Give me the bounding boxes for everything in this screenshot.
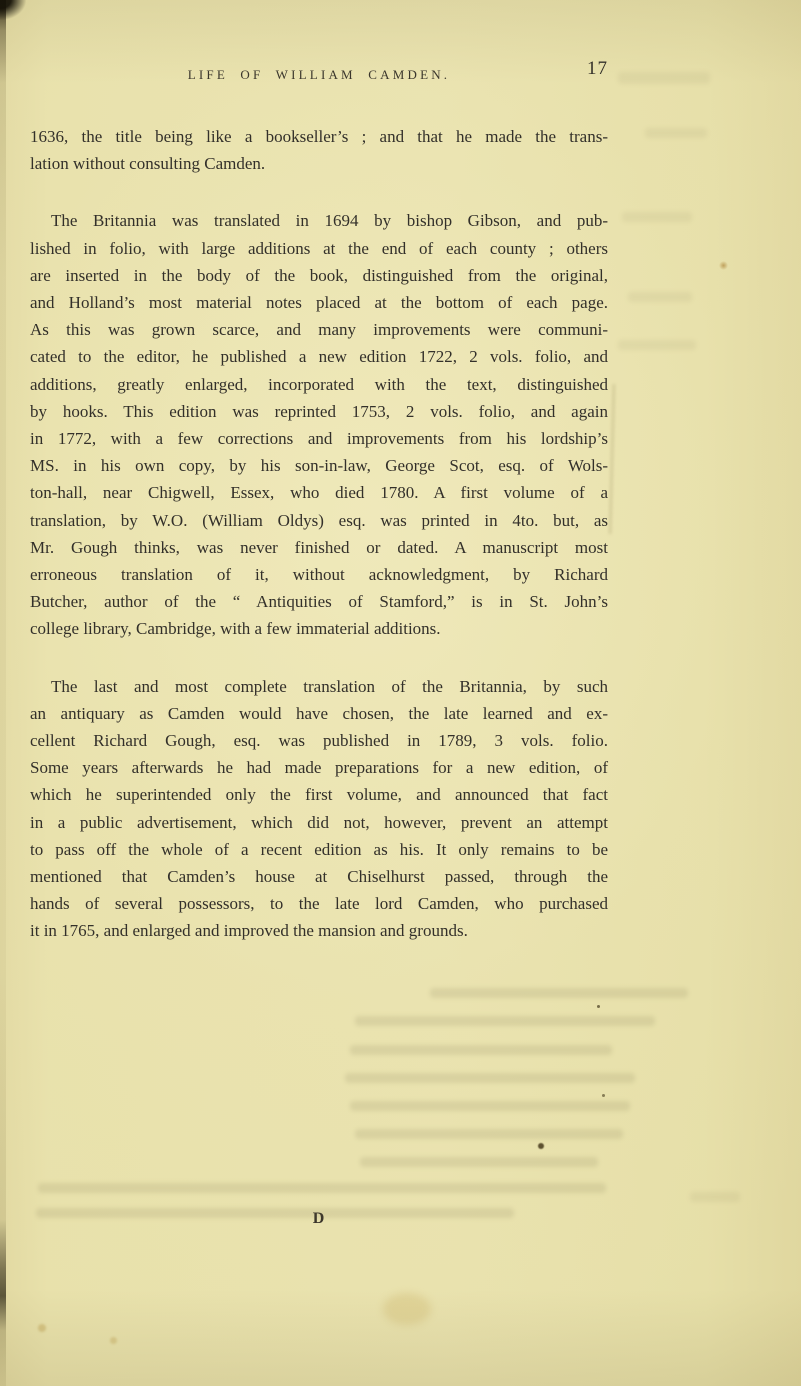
show-through-mark: [622, 212, 692, 222]
text-line: 1636, the title being like a bookseller’…: [30, 123, 608, 150]
text-line: in 1772, with a few corrections and impr…: [30, 425, 608, 452]
page-edge-shadow: [0, 0, 6, 1386]
text-line: As this was grown scarce, and many impro…: [30, 316, 608, 343]
show-through-mark: [38, 1183, 606, 1193]
text-line: The Britannia was translated in 1694 by …: [30, 207, 608, 234]
text-line: it in 1765, and enlarged and improved th…: [30, 917, 608, 944]
show-through-mark: [618, 340, 696, 350]
fox-spot: [719, 261, 728, 270]
show-through-mark: [355, 1129, 623, 1139]
text-line: cated to the editor, he published a new …: [30, 343, 608, 370]
show-through-mark: [345, 1073, 635, 1083]
show-through-mark: [360, 1157, 598, 1167]
paragraph: The last and most complete translation o…: [30, 673, 608, 945]
text-line: translation, by W.O. (William Oldys) esq…: [30, 507, 608, 534]
text-line: lation without consulting Camden.: [30, 150, 608, 177]
text-line: lished in folio, with large additions at…: [30, 235, 608, 262]
show-through-mark: [430, 988, 688, 998]
text-line: are inserted in the body of the book, di…: [30, 262, 608, 289]
paper-stain: [38, 1324, 46, 1332]
text-line: additions, greatly enlarged, incorporate…: [30, 371, 608, 398]
text-line: college library, Cambridge, with a few i…: [30, 615, 608, 642]
text-line: mentioned that Camden’s house at Chiselh…: [30, 863, 608, 890]
paragraph: The Britannia was translated in 1694 by …: [30, 207, 608, 642]
text-line: hands of several possessors, to the late…: [30, 890, 608, 917]
show-through-mark: [690, 1192, 740, 1202]
text-block: 1636, the title being like a bookseller’…: [30, 123, 608, 945]
page-number: 17: [548, 58, 608, 80]
text-line: by hooks. This edition was reprinted 175…: [30, 398, 608, 425]
paper-stain: [110, 1337, 117, 1344]
text-line: Butcher, author of the “ Antiquities of …: [30, 588, 608, 615]
show-through-mark: [645, 128, 707, 138]
show-through-mark: [628, 292, 692, 302]
text-line: erroneous translation of it, without ack…: [30, 561, 608, 588]
text-line: Mr. Gough thinks, was never finished or …: [30, 534, 608, 561]
paragraph: 1636, the title being like a bookseller’…: [30, 123, 608, 177]
text-line: an antiquary as Camden would have chosen…: [30, 700, 608, 727]
ink-speck: [597, 1005, 600, 1008]
text-line: and Holland’s most material notes placed…: [30, 289, 608, 316]
ink-speck: [602, 1094, 605, 1097]
text-line: The last and most complete translation o…: [30, 673, 608, 700]
text-line: to pass off the whole of a recent editio…: [30, 836, 608, 863]
show-through-mark: [618, 72, 710, 84]
text-line: cellent Richard Gough, esq. was publishe…: [30, 727, 608, 754]
text-line: which he superintended only the first vo…: [30, 781, 608, 808]
show-through-mark: [350, 1045, 612, 1055]
text-line: Some years afterwards he had made prepar…: [30, 754, 608, 781]
text-line: in a public advertisement, which did not…: [30, 809, 608, 836]
text-line: ton-hall, near Chigwell, Essex, who died…: [30, 479, 608, 506]
running-header-title: LIFE OF WILLIAM CAMDEN.: [30, 67, 608, 83]
signature-mark: D: [30, 1210, 608, 1228]
paper-stain: [383, 1293, 431, 1325]
book-page: LIFE OF WILLIAM CAMDEN. 17 1636, the tit…: [0, 0, 801, 1386]
corner-shadow: [0, 0, 26, 20]
show-through-mark: [355, 1016, 655, 1026]
paper-crease: [609, 384, 615, 534]
text-line: MS. in his own copy, by his son-in-law, …: [30, 452, 608, 479]
show-through-mark: [350, 1101, 630, 1111]
ink-speck: [538, 1143, 544, 1149]
